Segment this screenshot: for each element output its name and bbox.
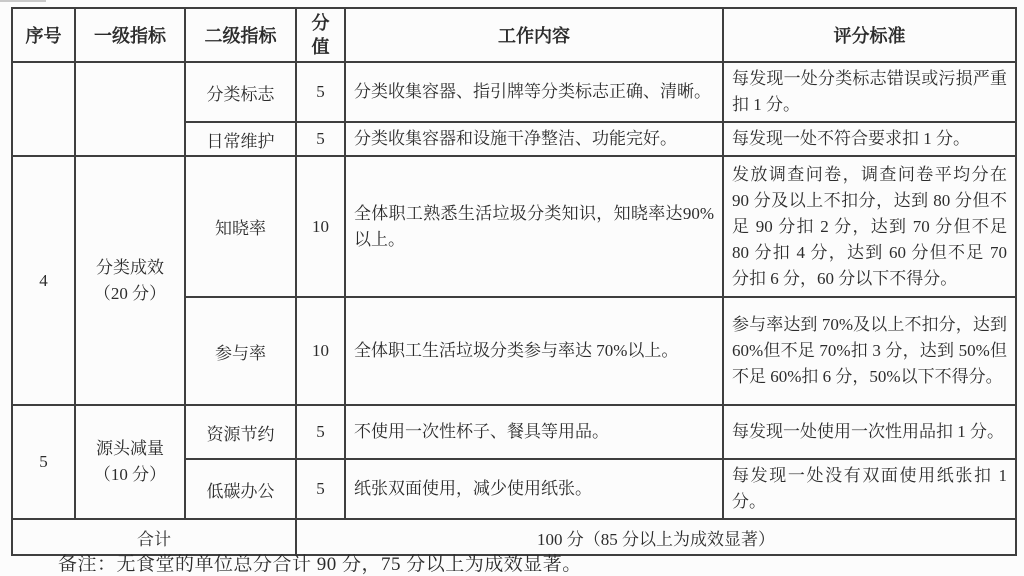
score-table: 序号 一级指标 二级指标 分值 工作内容 评分标准 分类标志 5 分类收集容器、… [11, 7, 1017, 556]
footnote: 备注：无食堂的单位总分合计 90 分，75 分以上为成效显著。 [58, 549, 582, 576]
col-header-scoring-standard: 评分标准 [723, 8, 1016, 62]
row-awareness-rate: 4 分类成效 （20 分） 知晓率 10 全体职工熟悉生活垃圾分类知识，知晓率达… [12, 156, 1016, 297]
scan-artifact-line [0, 0, 46, 2]
scoring-standard-cell: 发放调查问卷，调查问卷平均分在 90 分及以上不扣分，达到 80 分但不足 90… [723, 156, 1016, 297]
score-cell: 10 [296, 297, 345, 405]
secondary-cell: 分类标志 [185, 62, 296, 122]
primary-cell-blank [75, 62, 185, 156]
primary-label-line2: （20 分） [82, 281, 178, 307]
score-cell: 5 [296, 405, 345, 459]
work-content-cell: 全体职工熟悉生活垃圾分类知识，知晓率达90%以上。 [345, 156, 723, 297]
primary-cell-source-reduction: 源头减量 （10 分） [75, 405, 185, 519]
score-cell: 10 [296, 156, 345, 297]
col-header-secondary-indicator: 二级指标 [185, 8, 296, 62]
work-content-cell: 不使用一次性杯子、餐具等用品。 [345, 405, 723, 459]
col-header-primary-indicator: 一级指标 [75, 8, 185, 62]
work-content-cell: 纸张双面使用，减少使用纸张。 [345, 459, 723, 519]
col-header-seq: 序号 [12, 8, 75, 62]
seq-cell: 4 [12, 156, 75, 405]
secondary-cell: 参与率 [185, 297, 296, 405]
work-content-cell: 分类收集容器和设施干净整洁、功能完好。 [345, 122, 723, 156]
scoring-standard-cell: 每发现一处没有双面使用纸张扣 1 分。 [723, 459, 1016, 519]
secondary-cell: 资源节约 [185, 405, 296, 459]
col-header-score-label: 分值 [310, 11, 332, 59]
scoring-standard-cell: 每发现一处不符合要求扣 1 分。 [723, 122, 1016, 156]
primary-label-line2: （10 分） [82, 462, 178, 488]
primary-label-line1: 分类成效 [82, 255, 178, 281]
primary-cell-sorting-effect: 分类成效 （20 分） [75, 156, 185, 405]
primary-label-line1: 源头减量 [82, 436, 178, 462]
col-header-score: 分值 [296, 8, 345, 62]
score-cell: 5 [296, 122, 345, 156]
row-resource-saving: 5 源头减量 （10 分） 资源节约 5 不使用一次性杯子、餐具等用品。 每发现… [12, 405, 1016, 459]
secondary-cell: 日常维护 [185, 122, 296, 156]
work-content-cell: 全体职工生活垃圾分类参与率达 70%以上。 [345, 297, 723, 405]
score-cell: 5 [296, 459, 345, 519]
seq-cell-blank [12, 62, 75, 156]
col-header-work-content: 工作内容 [345, 8, 723, 62]
score-cell: 5 [296, 62, 345, 122]
seq-cell: 5 [12, 405, 75, 519]
header-row: 序号 一级指标 二级指标 分值 工作内容 评分标准 [12, 8, 1016, 62]
work-content-cell: 分类收集容器、指引牌等分类标志正确、清晰。 [345, 62, 723, 122]
scoring-standard-cell: 参与率达到 70%及以上不扣分，达到 60%但不足 70%扣 3 分，达到 50… [723, 297, 1016, 405]
secondary-cell: 低碳办公 [185, 459, 296, 519]
document-page: 序号 一级指标 二级指标 分值 工作内容 评分标准 分类标志 5 分类收集容器、… [0, 0, 1024, 576]
scoring-standard-cell: 每发现一处使用一次性用品扣 1 分。 [723, 405, 1016, 459]
secondary-cell: 知晓率 [185, 156, 296, 297]
scoring-standard-cell: 每发现一处分类标志错误或污损严重扣 1 分。 [723, 62, 1016, 122]
row-category-sign: 分类标志 5 分类收集容器、指引牌等分类标志正确、清晰。 每发现一处分类标志错误… [12, 62, 1016, 122]
